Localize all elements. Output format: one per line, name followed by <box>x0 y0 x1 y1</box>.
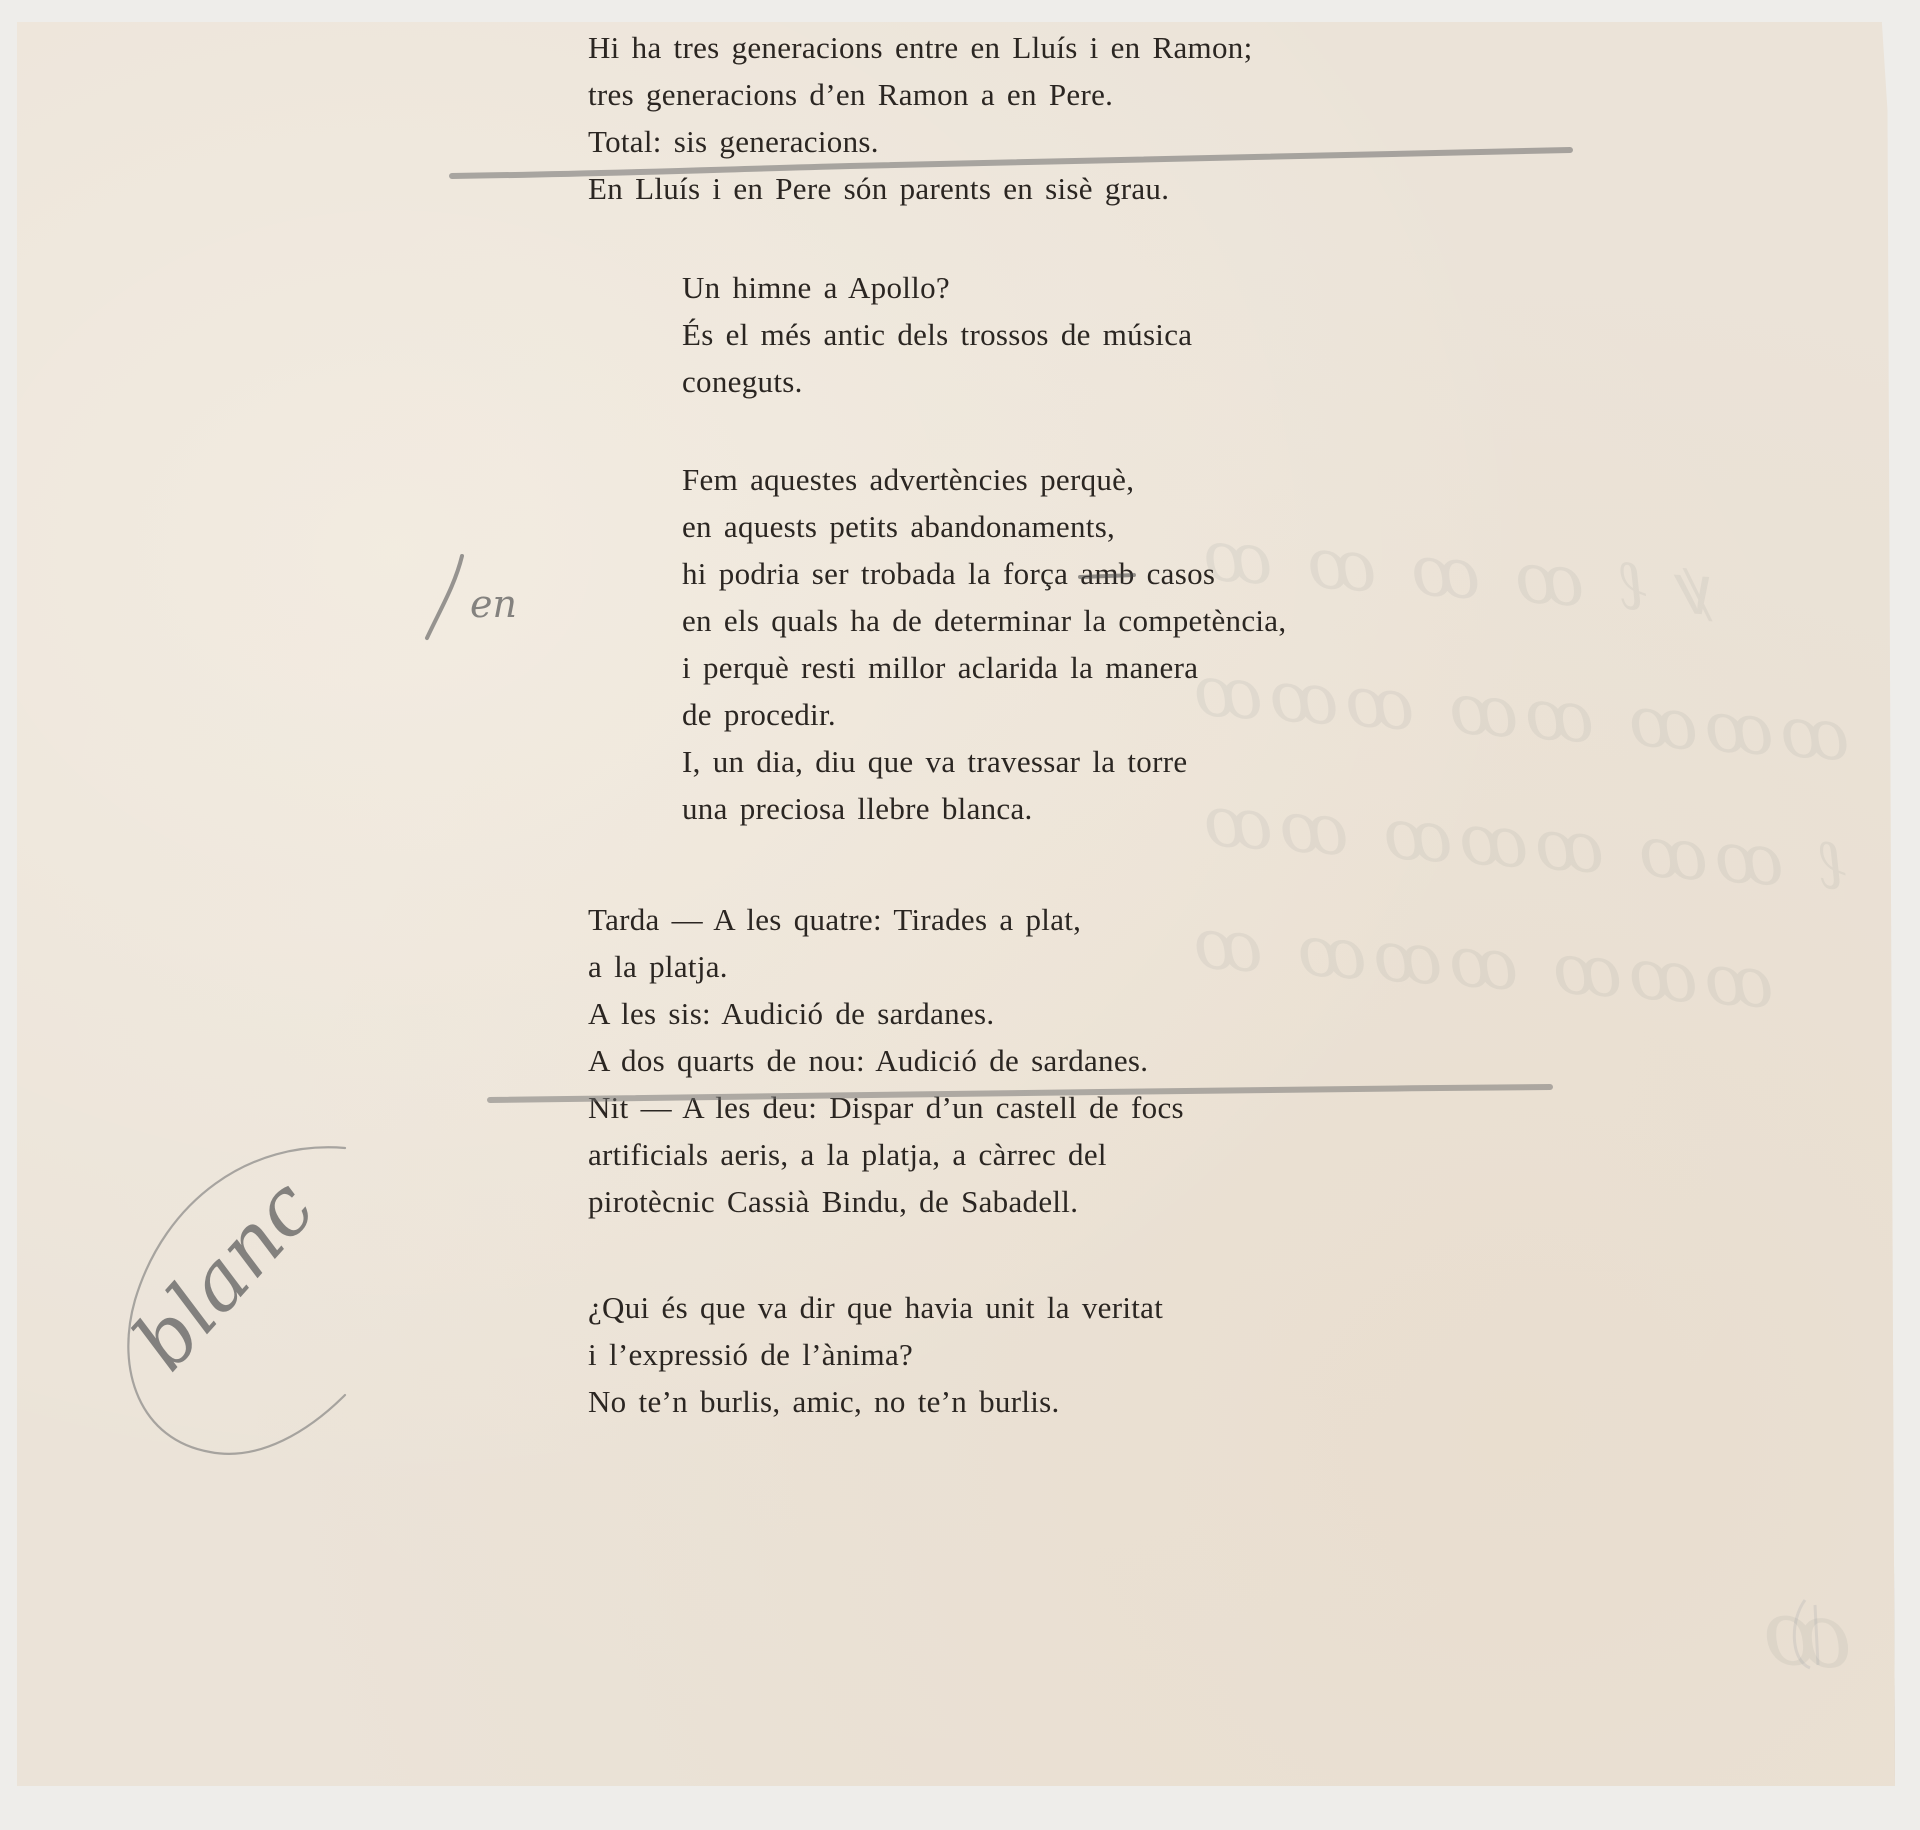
text-line: en els quals ha de determinar la competè… <box>682 597 1286 644</box>
struck-word: amb <box>1080 556 1134 591</box>
text-line: Fem aquestes advertències perquè, <box>682 456 1286 503</box>
bleed-through-mark: ꝏ <box>1753 1579 1856 1690</box>
text-line: ¿Qui és que va dir que havia unit la ver… <box>588 1284 1163 1331</box>
text-line: una preciosa llebre blanca. <box>682 785 1286 832</box>
text-line: A dos quarts de nou: Audició de sardanes… <box>588 1037 1184 1084</box>
text-line: Tarda — A les quatre: Tirades a plat, <box>588 896 1184 943</box>
text-line: en aquests petits abandonaments, <box>682 503 1286 550</box>
text-block-pregunta: ¿Qui és que va dir que havia unit la ver… <box>588 1284 1163 1425</box>
text-line: No te’n burlis, amic, no te’n burlis. <box>588 1378 1163 1425</box>
text-line: pirotècnic Cassià Bindu, de Sabadell. <box>588 1178 1184 1225</box>
text-line: i l’expressió de l’ànima? <box>588 1331 1163 1378</box>
text-segment: hi podria ser trobada la força <box>682 556 1068 591</box>
text-block-apollo: Un himne a Apollo? És el més antic dels … <box>682 264 1192 405</box>
text-line: Hi ha tres generacions entre en Lluís i … <box>588 24 1252 71</box>
text-line: En Lluís i en Pere són parents en sisè g… <box>588 165 1252 212</box>
text-line: i perquè resti millor aclarida la manera <box>682 644 1286 691</box>
text-block-generations: Hi ha tres generacions entre en Lluís i … <box>588 24 1252 212</box>
text-line: artificials aeris, a la platja, a càrrec… <box>588 1131 1184 1178</box>
margin-correction-text: en <box>470 582 517 626</box>
text-block-advertencies: Fem aquestes advertències perquè, en aqu… <box>682 456 1286 832</box>
text-block-programa: Tarda — A les quatre: Tirades a plat, a … <box>588 896 1184 1225</box>
margin-correction-en: en <box>470 582 517 626</box>
text-segment: casos <box>1147 556 1216 591</box>
text-line-with-strike: hi podria ser trobada la força amb casos <box>682 550 1286 597</box>
text-line: És el més antic dels trossos de música <box>682 311 1192 358</box>
bleed-through-mark: ℓ ꝏꝏ ꝏꝏꝏ ꝏꝏ <box>1195 779 1851 907</box>
text-line: a la platja. <box>588 943 1184 990</box>
text-line: tres generacions d’en Ramon a en Pere. <box>588 71 1252 118</box>
text-line: coneguts. <box>682 358 1192 405</box>
text-line: I, un dia, diu que va travessar la torre <box>682 738 1286 785</box>
text-line: Un himne a Apollo? <box>682 264 1192 311</box>
text-line: Nit — A les deu: Dispar d’un castell de … <box>588 1084 1184 1131</box>
text-line: de procedir. <box>682 691 1286 738</box>
text-line: A les sis: Audició de sardanes. <box>588 990 1184 1037</box>
text-line: Total: sis generacions. <box>588 118 1252 165</box>
bleed-through-mark: ꝏꝏꝏ ꝏꝏꝏ ꝏ <box>1185 902 1777 1025</box>
